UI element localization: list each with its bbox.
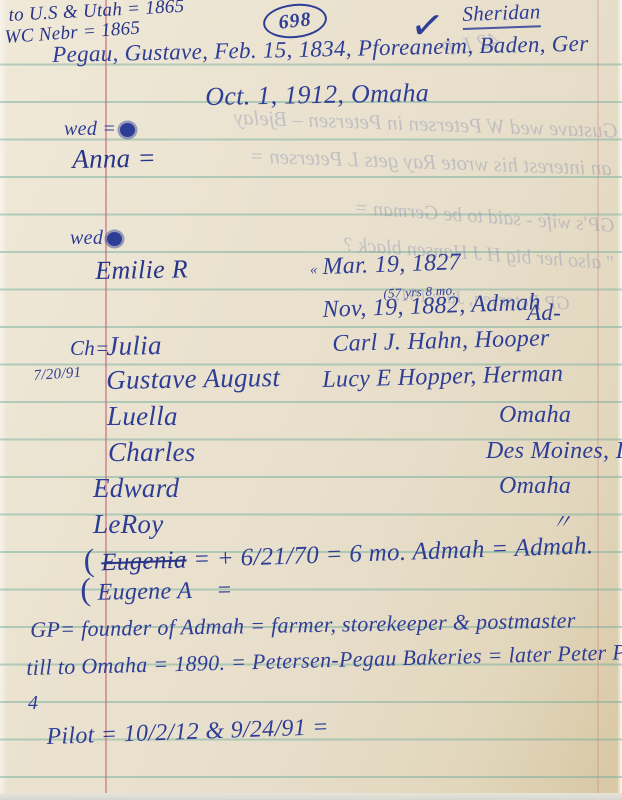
subject-death-line: Oct. 1, 1912, Omaha [205, 78, 429, 112]
biography-note-line1: GP= founder of Admah = farmer, storekeep… [30, 607, 576, 643]
spouse-2-birth-date: Mar. 19, 1827 [322, 249, 461, 281]
pilot-note-line: Pilot = 10/2/12 & 9/24/91 = [46, 714, 329, 751]
twin-note-eugenia: = + 6/21/70 = 6 mo. Admah = Admah. [193, 532, 594, 573]
child-detail: Omaha [499, 402, 571, 429]
spouse-2-death-date: Nov, 19, 1882, Admah [322, 289, 541, 324]
child-name: Julia [106, 330, 162, 362]
child-name: LeRoy [93, 509, 163, 540]
scanned-notebook-page: Gustave wed W Petersen in Petersen – Bje… [0, 0, 622, 800]
page-number: 698 [277, 8, 312, 34]
children-label: Ch= [70, 336, 110, 361]
biography-note-line3: 4 [28, 692, 38, 715]
wed-1-label: wed = [64, 118, 135, 141]
bleed-through-text: an interest his wrote Ray gets L Peterse… [140, 140, 613, 181]
child-detail: Des Moines, Ia [486, 438, 622, 465]
child-detail: Lucy E Hopper, Herman [322, 361, 564, 394]
twin-row-eugene: ( Eugene A = [80, 568, 233, 608]
scan-edge [0, 793, 622, 800]
child-name: Edward [93, 473, 179, 504]
twin-note-eugene: = [216, 577, 233, 603]
spouse-1-name: Anna = [72, 143, 156, 175]
twin-name-eugene: Eugene A [97, 578, 192, 606]
child-detail: Omaha [499, 473, 571, 500]
bleed-through-text: GP's wife - said to be German = [300, 193, 616, 238]
region-label: Sheridan [462, 0, 541, 30]
page-number-circle: 698 [261, 1, 328, 42]
biography-note-line2: till to Omaha = 1890. = Petersen-Pegau B… [26, 639, 622, 681]
twin-brace: ( [80, 571, 92, 607]
ink-blot-icon [120, 123, 135, 137]
wed-1-text: wed = [64, 118, 116, 140]
wed-2-label: wed [70, 227, 122, 250]
child-name: Charles [108, 437, 196, 468]
right-margin-bleed-line [597, 0, 599, 800]
child-name: Gustave August [106, 362, 280, 396]
wed-2-text: wed [70, 227, 103, 249]
ink-blot-icon [107, 232, 122, 246]
spouse-2-death-margin-note: Ad- [527, 300, 561, 326]
spouse-2-name: Emilie R [95, 254, 188, 286]
children-margin-date: 7/20/91 [33, 365, 82, 385]
child-name: Luella [107, 401, 178, 432]
insert-mark: « [310, 262, 318, 279]
child-detail: Carl J. Hahn, Hooper [332, 325, 550, 358]
